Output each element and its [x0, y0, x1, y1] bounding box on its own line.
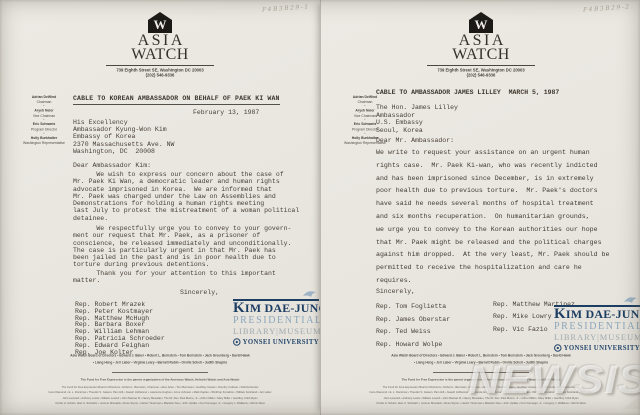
org-name-watch: WATCH [131, 46, 189, 64]
stamp-library-museum: LIBRARY|MUSEUM [554, 332, 640, 342]
stamp-university: YONSEI UNIVERSITY [554, 344, 640, 352]
org-name-watch: WATCH [452, 46, 510, 64]
dove-icon [303, 290, 316, 298]
signers-column-1: Rep. Tom FogliettaRep. James OberstarRep… [376, 301, 450, 352]
yonsei-emblem-icon [554, 344, 562, 352]
org-phone: (202) 546-9336 [146, 73, 175, 78]
list-line: 2370 Massachusetts Ave. NW [73, 141, 174, 148]
letter-page-right: F4B3B29-2 W ASIA WATCH 739 Eighth Street… [320, 0, 640, 415]
stamp-name: KIM DAE-JUNG [233, 299, 319, 315]
footer-board-line1: Asia Watch Board of Directors ▪ Edward J… [70, 354, 250, 358]
list-line: His Excellency [73, 119, 174, 126]
signers-list-left: Rep. Robert MrazekRep. Peter KostmayerRe… [75, 302, 165, 356]
library-stamp: KIM DAE-JUNG PRESIDENTIAL LIBRARY|MUSEUM… [554, 297, 640, 352]
svg-text:W: W [154, 17, 167, 32]
stamp-library-museum: LIBRARY|MUSEUM [233, 326, 319, 336]
yonsei-emblem-icon [233, 338, 241, 346]
officers-sidebar: Adrian DeWindChairman▪Aryeh NeierVice Ch… [12, 94, 76, 158]
stamp-university: YONSEI UNIVERSITY [233, 338, 319, 346]
archive-code-left: F4B3B29-1 [262, 3, 310, 13]
cable-title-left: CABLE TO KOREAN AMBASSADOR ON BEHALF OF … [73, 95, 280, 105]
footer-board-line2: ▪ Liang Heng ▪ Jeri Laber ▪ Virginia Lea… [93, 361, 227, 365]
salutation-right: Dear Mr. Ambassador: [376, 137, 454, 144]
library-stamp: KIM DAE-JUNG PRESIDENTIAL LIBRARY|MUSEUM… [233, 291, 319, 346]
masthead-rule [427, 65, 535, 66]
list-line: Rep. Ted Weiss [376, 326, 450, 339]
list-line: U.S. Embassy [376, 119, 458, 127]
list-line: Ambassador Kyung-Won Kim [73, 126, 174, 133]
body-paragraph-right: We write to request your assistance on a… [376, 147, 609, 288]
body-paragraph-1-left: We wish to express our concern about the… [73, 171, 299, 222]
body-paragraph-2-left: We respectfully urge you to convey to yo… [73, 225, 291, 269]
list-line: Embassy of Korea [73, 133, 174, 140]
salutation-left: Dear Ambassador Kim: [73, 162, 151, 169]
recipient-block-left: His ExcellencyAmbassador Kyung-Won KimEm… [73, 119, 174, 155]
closing-left: Sincerely, [180, 289, 219, 296]
list-line: Seoul, Korea [376, 127, 458, 135]
list-line: Washington, DC 20008 [73, 148, 174, 155]
footer-fund-line1: The Fund for Free Expression Board of Di… [62, 386, 259, 389]
list-line: Washington Representative [12, 140, 77, 145]
list-line: Rep. James Oberstar [376, 314, 450, 327]
cable-date-left: February 13, 1987 [193, 109, 259, 116]
list-line: Rep. Howard Wolpe [376, 339, 450, 352]
dove-icon [624, 296, 637, 304]
org-address: 739 Eighth Street SE, Washington DC 2000… [437, 68, 524, 73]
footer-fund-line4: Orville H. Schell ▪ Alan U. Schwartz ▪ J… [55, 402, 264, 405]
letter-page-left: F4B3B29-1 W ASIA WATCH 739 Eighth Street… [0, 0, 320, 415]
list-line: The Hon. James Lilley [376, 104, 458, 112]
footer-rule [112, 372, 208, 373]
masthead-rule [106, 65, 214, 66]
list-line: Ambassador [376, 112, 458, 120]
footer-parent-line: The Fund for Free Expression is the pare… [81, 378, 240, 381]
body-paragraph-3-left: Thank you for your attention to this imp… [73, 270, 276, 285]
footer-board-line1: Asia Watch Board of Directors ▪ Edward J… [391, 354, 571, 358]
org-phone: (202) 546-9336 [467, 73, 496, 78]
svg-text:W: W [475, 17, 488, 32]
archive-code-right: F4B3B29-2 [583, 3, 631, 13]
footer-fund-line2: Irene Diamond ▪ E. L. Doctorow ▪ Theodor… [48, 391, 271, 394]
recipient-block-right: The Hon. James LilleyAmbassadorU.S. Emba… [376, 104, 458, 134]
stamp-name: KIM DAE-JUNG [554, 305, 640, 321]
stamp-presidential: PRESIDENTIAL [554, 321, 640, 332]
org-address: 739 Eighth Street SE, Washington DC 2000… [116, 68, 203, 73]
footer-fund-line3: John Leonard ▪ Anthony Lewis ▪ William L… [63, 397, 258, 400]
stamp-presidential: PRESIDENTIAL [233, 315, 319, 326]
list-line: Rep. Tom Foglietta [376, 301, 450, 314]
newsis-watermark: NEWSIS [468, 358, 640, 403]
closing-right: Sincerely, [376, 288, 415, 295]
cable-title-right: CABLE TO AMBASSADOR JAMES LILLEY MARCH 5… [376, 89, 559, 96]
scanned-document-photo: F4B3B29-1 W ASIA WATCH 739 Eighth Street… [0, 0, 640, 415]
